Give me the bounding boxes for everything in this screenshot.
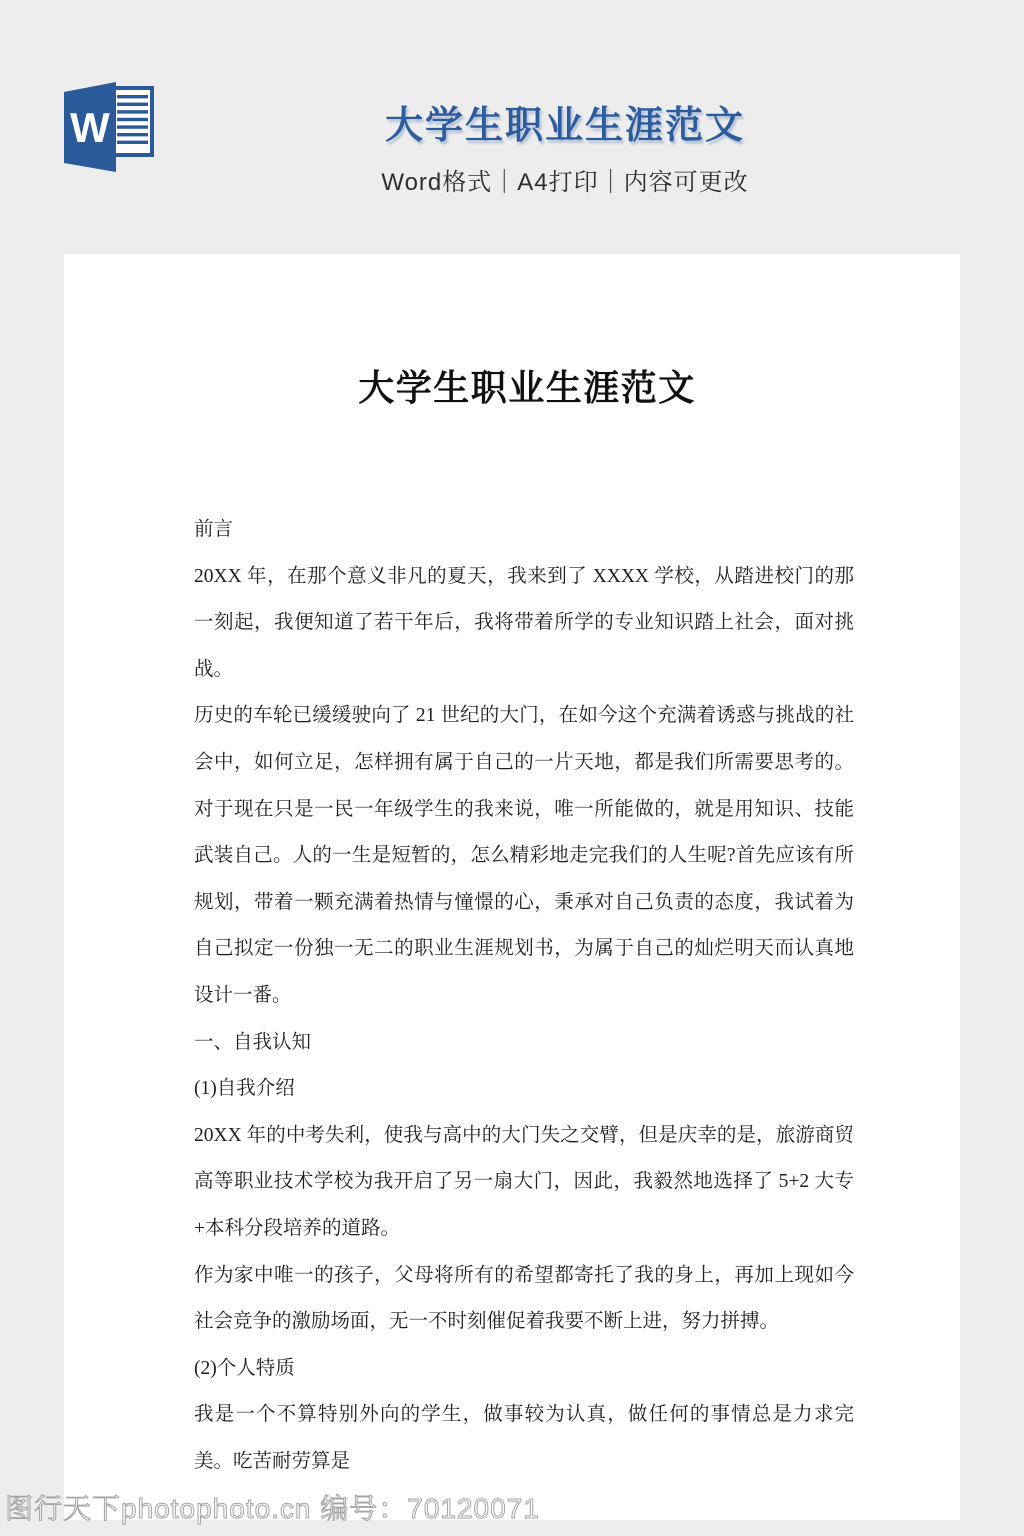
word-document-icon: W [64, 81, 156, 173]
paragraph: (1)自我介绍 [194, 1066, 854, 1113]
paragraph: 历史的车轮已缓缓驶向了 21 世纪的大门，在如今这个充满着诱惑与挑战的社会中，如… [194, 693, 854, 1019]
paragraph: 一、自我认知 [194, 1020, 854, 1067]
paragraph: 20XX 年，在那个意义非凡的夏天，我来到了 XXXX 学校，从踏进校门的那一刻… [194, 554, 854, 694]
header-title: 大学生职业生涯范文 [381, 94, 748, 149]
document-title: 大学生职业生涯范文 [194, 254, 860, 411]
icon-w-letter: W [70, 104, 110, 151]
paragraph: 20XX 年的中考失利，使我与高中的大门失之交臂，但是庆幸的是，旅游商贸高等职业… [194, 1113, 854, 1253]
document-body: 前言 20XX 年，在那个意义非凡的夏天，我来到了 XXXX 学校，从踏进校门的… [194, 507, 854, 1485]
paragraph: 作为家中唯一的孩子，父母将所有的希望都寄托了我的身上，再加上现如今社会竞争的激励… [194, 1253, 854, 1346]
header-text-block: 大学生职业生涯范文 Word格式｜A4打印｜内容可更改 [381, 94, 748, 197]
document-page: 大学生职业生涯范文 前言 20XX 年，在那个意义非凡的夏天，我来到了 XXXX… [64, 254, 960, 1520]
paragraph: 我是一个不算特别外向的学生，做事较为认真，做任何的事情总是力求完美。吃苦耐劳算是 [194, 1392, 854, 1485]
header-subtitle: Word格式｜A4打印｜内容可更改 [381, 162, 748, 197]
paragraph: (2)个人特质 [194, 1346, 854, 1393]
site-watermark: 图行天下photophoto.cn 编号：70120071 [5, 1487, 540, 1527]
template-header: W 大学生职业生涯范文 Word格式｜A4打印｜内容可更改 [0, 0, 1024, 254]
paragraph: 前言 [194, 507, 854, 554]
